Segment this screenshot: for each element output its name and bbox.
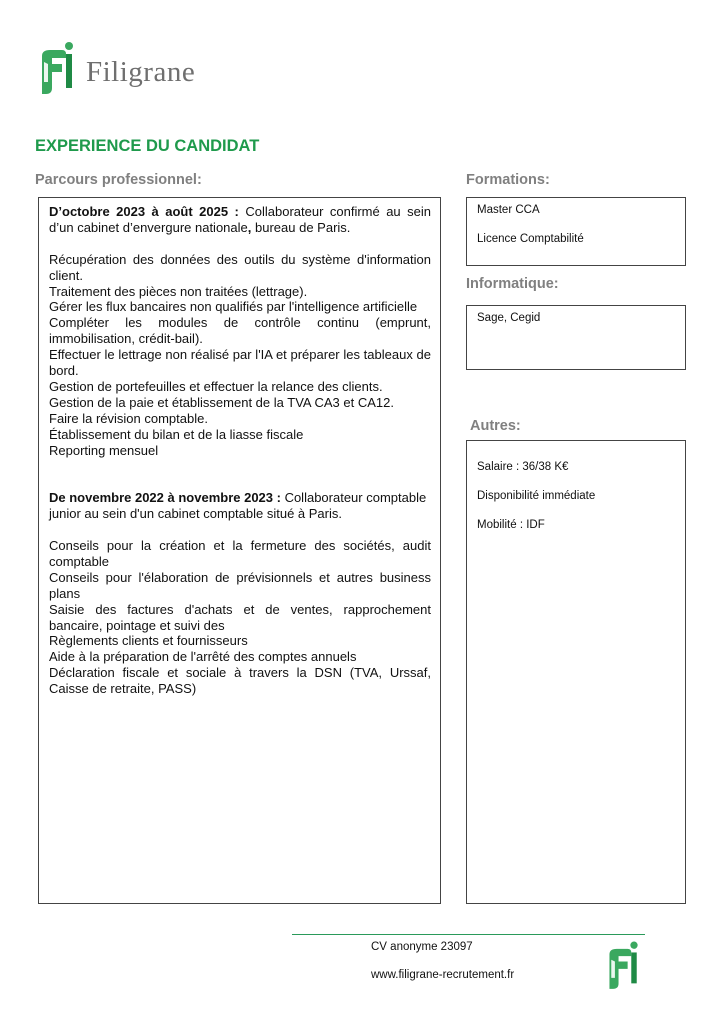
cv-reference: CV anonyme 23097 <box>371 941 473 953</box>
task-item: Conseils pour l'élaboration de prévision… <box>49 570 431 602</box>
task-item: Établissement du bilan et de la liasse f… <box>49 427 431 443</box>
task-item: Aide à la préparation de l'arrêté des co… <box>49 649 431 665</box>
formations-box: Master CCA Licence Comptabilité <box>466 197 686 266</box>
autres-item-disponibilite: Disponibilité immédiate <box>477 489 675 503</box>
task-item: Règlements clients et fournisseurs <box>49 633 431 649</box>
parcours-label: Parcours professionnel: <box>35 172 202 188</box>
autres-item-mobilite: Mobilité : IDF <box>477 518 675 532</box>
task-item: Conseils pour la création et la fermetur… <box>49 538 431 570</box>
autres-label: Autres: <box>470 418 521 434</box>
informatique-label: Informatique: <box>466 276 559 292</box>
task-item: Gérer les flux bancaires non qualifiés p… <box>49 299 431 315</box>
website-link[interactable]: www.filigrane-recrutement.fr <box>371 969 514 981</box>
autres-box: Salaire : 36/38 K€ Disponibilité immédia… <box>466 440 686 904</box>
formation-item: Licence Comptabilité <box>477 232 675 246</box>
task-item: Saisie des factures d'achats et de vente… <box>49 602 431 634</box>
footer-logo <box>604 940 644 994</box>
experience-1-tasks: Récupération des données des outils du s… <box>49 252 431 459</box>
informatique-box: Sage, Cegid <box>466 305 686 370</box>
task-item: Gestion de la paie et établissement de l… <box>49 395 431 411</box>
task-item: Compléter les modules de contrôle contin… <box>49 315 431 347</box>
section-title: EXPERIENCE DU CANDIDAT <box>35 137 259 156</box>
footer-divider <box>292 934 645 935</box>
task-item: Récupération des données des outils du s… <box>49 252 431 284</box>
filigrane-fi-logo-icon <box>36 42 80 98</box>
formations-label: Formations: <box>466 172 550 188</box>
task-item: Traitement des pièces non traitées (lett… <box>49 284 431 300</box>
experience-2-period: De novembre 2022 à novembre 2023 : <box>49 490 281 505</box>
task-item: Gestion de portefeuilles et effectuer la… <box>49 379 431 395</box>
brand-name: Filigrane <box>86 56 195 89</box>
task-item: Déclaration fiscale et sociale à travers… <box>49 665 431 697</box>
task-item: Faire la révision comptable. <box>49 411 431 427</box>
task-item: Effectuer le lettrage non réalisé par l'… <box>49 347 431 379</box>
autres-item-salaire: Salaire : 36/38 K€ <box>477 460 675 474</box>
filigrane-fi-logo-icon <box>604 940 644 994</box>
experience-2-headline: De novembre 2022 à novembre 2023 : Colla… <box>49 490 431 522</box>
formation-item: Master CCA <box>477 203 675 217</box>
informatique-item: Sage, Cegid <box>477 311 675 325</box>
experience-2-tasks: Conseils pour la création et la fermetur… <box>49 538 431 697</box>
experience-1-period: D’octobre 2023 à août 2025 : <box>49 204 239 219</box>
task-item: Reporting mensuel <box>49 443 431 459</box>
parcours-box: D’octobre 2023 à août 2025 : Collaborate… <box>38 197 441 904</box>
experience-1-headline: D’octobre 2023 à août 2025 : Collaborate… <box>49 204 431 236</box>
